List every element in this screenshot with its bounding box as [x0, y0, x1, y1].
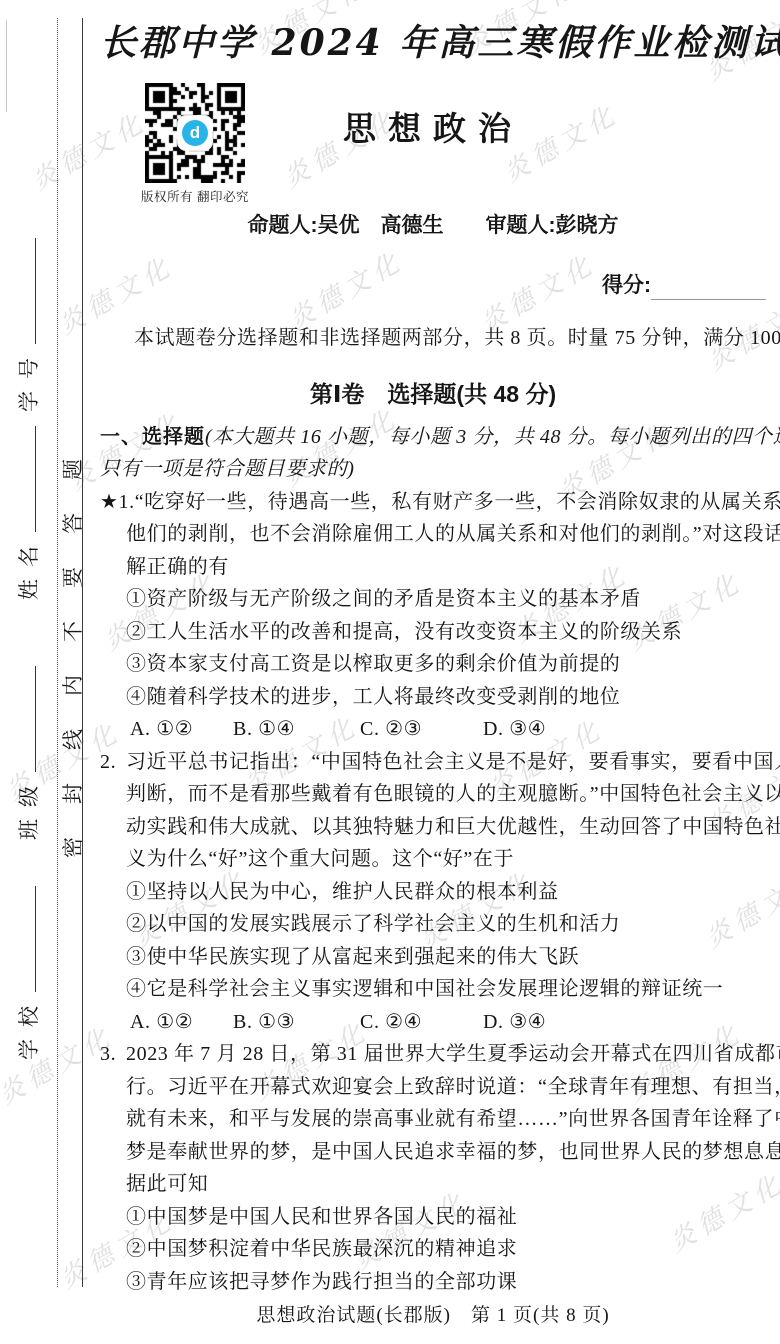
- question-line: ②工人生活水平的改善和提高，没有改变资本主义的阶级关系: [126, 616, 766, 649]
- instruction-line-1: 一、选择题(本大题共 16 小题，每小题 3 分，共 48 分。每小题列出的四个…: [100, 421, 766, 454]
- question-text: 就有未来，和平与发展的崇高事业就有希望……”向世界各国青年诠释了中国: [126, 1108, 780, 1130]
- question-text: ③资本家支付高工资是以榨取更多的剩余价值为前提的: [126, 653, 620, 675]
- instruction-line-2: 只有一项是符合题目要求的): [100, 453, 766, 486]
- exam-paper-page: { "page": { "title": "长郡中学 2024 年高三寒假作业检…: [0, 0, 780, 1344]
- qr-logo-letter: d: [182, 120, 208, 146]
- seal-field-label: 学号: [17, 346, 41, 412]
- question-text: 判断，而不是看那些戴着有色眼镜的人的主观臆断。”中国特色社会主义以其生: [126, 783, 780, 805]
- question-line: ②以中国的发展实践展示了科学社会主义的生机和活力: [126, 908, 766, 941]
- page-footer: 思想政治试题(长郡版) 第 1 页(共 8 页): [100, 1300, 766, 1327]
- seal-dotted-line: [57, 18, 58, 1287]
- question-line: 动实践和伟大成就、以其独特魅力和巨大优越性，生动回答了中国特色社会主: [126, 811, 766, 844]
- section-heading: 第Ⅰ卷 选择题(共 48 分): [100, 377, 766, 411]
- question-3: 3.2023 年 7 月 28 日，第 31 届世界大学生夏季运动会开幕式在四川…: [100, 1038, 766, 1298]
- question-text: ②以中国的发展实践展示了科学社会主义的生机和活力: [126, 913, 620, 935]
- seal-field-1: 学号: [16, 217, 43, 412]
- qr-logo: d: [178, 116, 212, 150]
- question-text: “吃穿好一些，待遇高一些，私有财产多一些，不会消除奴隶的从属关系和对: [135, 491, 780, 513]
- option-B: B. ①③: [233, 1006, 295, 1039]
- question-text: ③使中华民族实现了从富起来到强起来的伟大飞跃: [126, 946, 579, 968]
- question-text: 2023 年 7 月 28 日，第 31 届世界大学生夏季运动会开幕式在四川省成…: [126, 1043, 780, 1065]
- question-line: 判断，而不是看那些戴着有色眼镜的人的主观臆断。”中国特色社会主义以其生: [126, 778, 766, 811]
- question-2: 2.习近平总书记指出：“中国特色社会主义是不是好，要看事实，要看中国人民的判断，…: [100, 746, 766, 1039]
- option-C: C. ②③: [360, 713, 422, 746]
- question-text: 义为什么“好”这个重大问题。这个“好”在于: [126, 848, 514, 870]
- question-line: ③资本家支付高工资是以榨取更多的剩余价值为前提的: [126, 648, 766, 681]
- question-text: ③青年应该把寻梦作为践行担当的全部功课: [126, 1271, 517, 1293]
- question-text: ①中国梦是中国人民和世界各国人民的福祉: [126, 1206, 517, 1228]
- question-line: 行。习近平在开幕式欢迎宴会上致辞时说道：“全球青年有理想、有担当，人类: [126, 1071, 766, 1104]
- qr-caption: 版权所有 翻印必究: [137, 187, 253, 205]
- setters-line: 命题人:吴优 高德生审题人:彭晓方: [100, 212, 766, 240]
- score-blank-line: [651, 279, 766, 300]
- question-text: ①坚持以人民为中心，维护人民群众的根本利益: [126, 881, 559, 903]
- question-text: 动实践和伟大成就、以其独特魅力和巨大优越性，生动回答了中国特色社会主: [126, 816, 780, 838]
- question-text: 习近平总书记指出：“中国特色社会主义是不是好，要看事实，要看中国人民的: [126, 751, 780, 773]
- seal-field-2: 姓名: [16, 405, 43, 600]
- seal-field-label: 学校: [17, 994, 41, 1060]
- question-line: ★1.“吃穿好一些，待遇高一些，私有财产多一些，不会消除奴隶的从属关系和对: [126, 486, 766, 519]
- question-text: ④随着科学技术的进步，工人将最终改变受剥削的地位: [126, 686, 620, 708]
- seal-field-blank-line: [17, 238, 36, 344]
- question-line: 解正确的有: [126, 551, 766, 584]
- questions: ★1.“吃穿好一些，待遇高一些，私有财产多一些，不会消除奴隶的从属关系和对他们的…: [100, 486, 766, 1299]
- seal-field-blank-line: [17, 666, 36, 772]
- question-text: 解正确的有: [126, 556, 229, 578]
- question-line: 2.习近平总书记指出：“中国特色社会主义是不是好，要看事实，要看中国人民的: [126, 746, 766, 779]
- question-line: ④它是科学社会主义事实逻辑和中国社会发展理论逻辑的辩证统一: [126, 973, 766, 1006]
- instruction-block: 一、选择题(本大题共 16 小题，每小题 3 分，共 48 分。每小题列出的四个…: [100, 421, 766, 486]
- question-line: 义为什么“好”这个重大问题。这个“好”在于: [126, 843, 766, 876]
- score-label: 得分:: [602, 274, 651, 297]
- page-edge-line: [6, 20, 7, 112]
- instruction-lead: 一、选择题: [100, 426, 205, 448]
- seal-field-label: 姓名: [17, 534, 41, 600]
- score-row: 得分:: [100, 272, 766, 300]
- seal-field-4: 学校: [16, 865, 43, 1060]
- question-line: ④随着科学技术的进步，工人将最终改变受剥削的地位: [126, 681, 766, 714]
- question-number: 3.: [100, 1038, 126, 1071]
- question-line: ②中国梦积淀着中华民族最深沉的精神追求: [126, 1233, 766, 1266]
- option-A: A. ①②: [130, 713, 193, 746]
- question-number: 2.: [100, 746, 126, 779]
- option-B: B. ①④: [233, 713, 295, 746]
- question-text: ②工人生活水平的改善和提高，没有改变资本主义的阶级关系: [126, 621, 682, 643]
- question-line: 据此可知: [126, 1168, 766, 1201]
- question-line: 梦是奉献世界的梦，是中国人民追求幸福的梦，也同世界人民的梦想息息相通。: [126, 1136, 766, 1169]
- question-line: ③使中华民族实现了从富起来到强起来的伟大飞跃: [126, 941, 766, 974]
- reviewer-names: 审题人:彭晓方: [486, 214, 619, 237]
- question-text: ①资产阶级与无产阶级之间的矛盾是资本主义的基本矛盾: [126, 588, 641, 610]
- question-line: ①坚持以人民为中心，维护人民群众的根本利益: [126, 876, 766, 909]
- seal-notice-text: 密封线内不要答题: [61, 408, 86, 858]
- seal-field-label: 班级: [17, 774, 41, 840]
- question-number: ★1.: [100, 486, 135, 519]
- setter-names: 命题人:吴优 高德生: [248, 214, 444, 237]
- question-text: 行。习近平在开幕式欢迎宴会上致辞时说道：“全球青年有理想、有担当，人类: [126, 1076, 780, 1098]
- seal-field-3: 班级: [16, 645, 43, 840]
- option-A: A. ①②: [130, 1006, 193, 1039]
- options-row: A. ①②B. ①④C. ②③D. ③④: [126, 713, 766, 746]
- seal-field-blank-line: [17, 426, 36, 532]
- question-line: ①中国梦是中国人民和世界各国人民的福祉: [126, 1201, 766, 1234]
- paper-title: 长郡中学 2024 年高三寒假作业检测试卷: [100, 18, 766, 68]
- options-row: A. ①②B. ①③C. ②④D. ③④: [126, 1006, 766, 1039]
- question-text: ②中国梦积淀着中华民族最深沉的精神追求: [126, 1238, 517, 1260]
- question-text: 梦是奉献世界的梦，是中国人民追求幸福的梦，也同世界人民的梦想息息相通。: [126, 1141, 780, 1163]
- option-D: D. ③④: [483, 1006, 546, 1039]
- option-C: C. ②④: [360, 1006, 422, 1039]
- question-line: 他们的剥削，也不会消除雇佣工人的从属关系和对他们的剥削。”对这段话理: [126, 518, 766, 551]
- question-text: ④它是科学社会主义事实逻辑和中国社会发展理论逻辑的辩证统一: [126, 978, 723, 1000]
- question-text: 据此可知: [126, 1173, 208, 1195]
- question-text: 他们的剥削，也不会消除雇佣工人的从属关系和对他们的剥削。”对这段话理: [126, 523, 780, 545]
- question-line: ①资产阶级与无产阶级之间的矛盾是资本主义的基本矛盾: [126, 583, 766, 616]
- intro-note: 本试题卷分选择题和非选择题两部分，共 8 页。时量 75 分钟，满分 100 分…: [100, 322, 766, 355]
- question-line: 就有未来，和平与发展的崇高事业就有希望……”向世界各国青年诠释了中国: [126, 1103, 766, 1136]
- option-D: D. ③④: [483, 713, 546, 746]
- question-line: 3.2023 年 7 月 28 日，第 31 届世界大学生夏季运动会开幕式在四川…: [126, 1038, 766, 1071]
- question-1: ★1.“吃穿好一些，待遇高一些，私有财产多一些，不会消除奴隶的从属关系和对他们的…: [100, 486, 766, 746]
- question-line: ③青年应该把寻梦作为践行担当的全部功课: [126, 1266, 766, 1299]
- seal-field-blank-line: [17, 886, 36, 992]
- qr-block: d 版权所有 翻印必究: [137, 83, 253, 205]
